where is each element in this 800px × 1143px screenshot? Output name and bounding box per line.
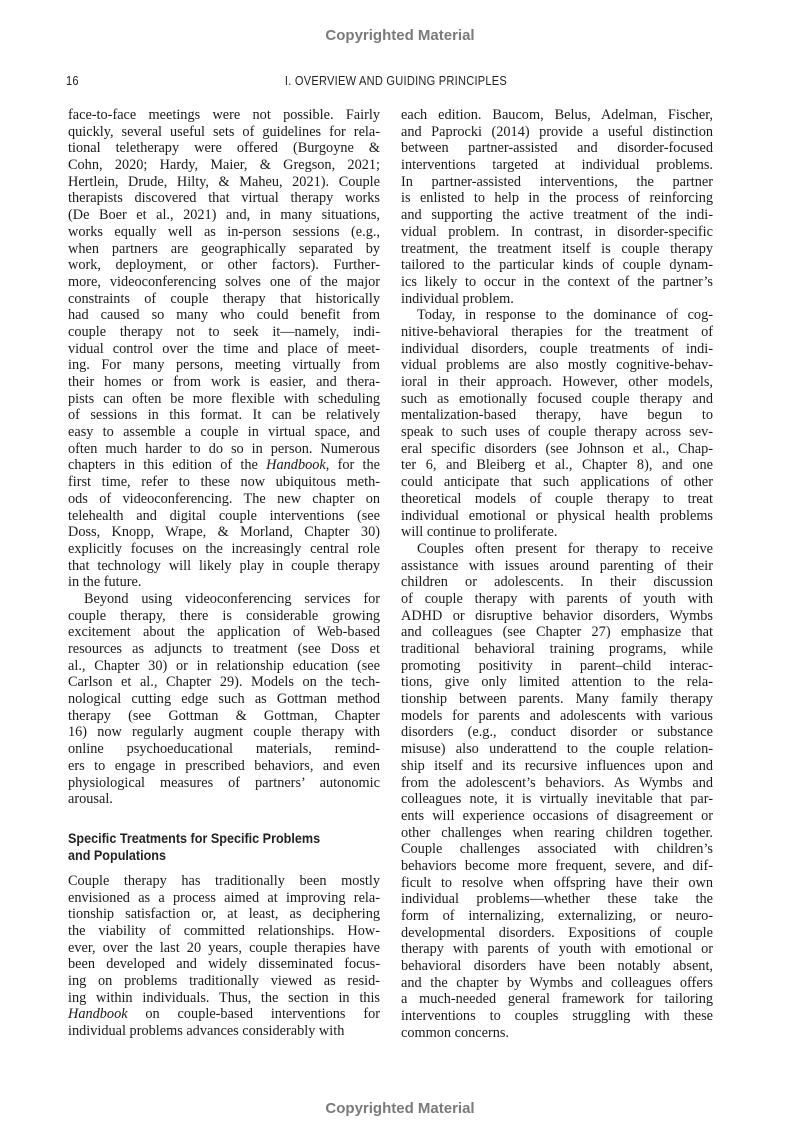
paragraph: Couples often present for therapy to rec… <box>401 541 713 1042</box>
left-column: face-to-face meetings were not possible.… <box>68 107 380 1040</box>
text-line: Today, in response to the dominance of c… <box>401 307 713 324</box>
text-line: had caused so many who could benefit fro… <box>68 307 380 324</box>
text-line: models for parents and adolescents with … <box>401 708 713 725</box>
text-line: between partner-assisted and disorder-fo… <box>401 140 713 157</box>
text-line: therapy (see Gottman & Gottman, Chapter <box>68 708 380 725</box>
text-line: theoretical models of couple therapy to … <box>401 491 713 508</box>
text-line: ing. For many persons, meeting virtually… <box>68 357 380 374</box>
text-line: vidual problems are also mostly cognitiv… <box>401 357 713 374</box>
text-line: individual emotional or physical health … <box>401 508 713 525</box>
text-line: will continue to proliferate. <box>401 524 713 541</box>
text-line: therapy with parents of youth with emoti… <box>401 941 713 958</box>
text-line: ents will experience occasions of disagr… <box>401 808 713 825</box>
text-line: the viability of committed relationships… <box>68 923 380 940</box>
text-line: developmental disorders. Expositions of … <box>401 925 713 942</box>
text-line: in the future. <box>68 574 380 591</box>
text-line: when partners are geographically separat… <box>68 241 380 258</box>
text-line: could anticipate that such applications … <box>401 474 713 491</box>
text-line: Couple challenges associated with childr… <box>401 841 713 858</box>
text-line: interventions to couples struggling with… <box>401 1008 713 1025</box>
text-line: ing on problems traditionally viewed as … <box>68 973 380 990</box>
text-line: colleagues note, it is virtually inevita… <box>401 791 713 808</box>
text-line: from the adolescent’s behaviors. As Wymb… <box>401 775 713 792</box>
text-line: Cohn, 2020; Hardy, Maier, & Gregson, 202… <box>68 157 380 174</box>
text-line: vidual control over the time and place o… <box>68 341 380 358</box>
text-line: individual disorders, couple treatments … <box>401 341 713 358</box>
text-line: of sessions in this format. It can be re… <box>68 407 380 424</box>
text-line: Carlson et al., Chapter 29). Models on t… <box>68 674 380 691</box>
text-line: envisioned as a process aimed at improvi… <box>68 890 380 907</box>
text-line: couple therapy, there is considerable gr… <box>68 608 380 625</box>
text-line: tionship satisfaction or, at least, as d… <box>68 906 380 923</box>
text-line: constraints of couple therapy that histo… <box>68 291 380 308</box>
text-line: nitive-behavioral therapies for the trea… <box>401 324 713 341</box>
text-line: therapists discovered that virtual thera… <box>68 190 380 207</box>
text-line: (De Boer et al., 2021) and, in many situ… <box>68 207 380 224</box>
text-line: behaviors become more frequent, severe, … <box>401 858 713 875</box>
text-line: individual problem. <box>401 291 713 308</box>
section-heading: Specific Treatments for Specific Problem… <box>68 830 349 864</box>
text-line: Beyond using videoconferencing services … <box>68 591 380 608</box>
text-line: tionship between parents. Many family th… <box>401 691 713 708</box>
text-line: pists can often be more flexible with sc… <box>68 391 380 408</box>
text-line: In partner-assisted interventions, the p… <box>401 174 713 191</box>
running-head: 16 I. OVERVIEW AND GUIDING PRINCIPLES <box>66 73 726 91</box>
text-line: Hertlein, Drude, Hilty, & Maheu, 2021). … <box>68 174 380 191</box>
text-line: 16) now regularly augment couple therapy… <box>68 724 380 741</box>
text-line: ship itself and its recursive influences… <box>401 758 713 775</box>
paragraph: face-to-face meetings were not possible.… <box>68 107 380 591</box>
text-line: resources as adjuncts to treatment (see … <box>68 641 380 658</box>
text-line: chapters in this edition of the Handbook… <box>68 457 380 474</box>
text-line: ficult to resolve when offspring have th… <box>401 875 713 892</box>
text-line: individual problems advances considerabl… <box>68 1023 380 1040</box>
text-line: their homes or from work is easier, and … <box>68 374 380 391</box>
text-line: ioral in their approach. However, other … <box>401 374 713 391</box>
text-line: that technology will likely play in coup… <box>68 558 380 575</box>
text-line: ers to engage in prescribed behaviors, a… <box>68 758 380 775</box>
text-line: promoting positivity in parent–child int… <box>401 658 713 675</box>
text-line: eral specific disorders (see Johnson et … <box>401 441 713 458</box>
text-line: online psychoeducational materials, remi… <box>68 741 380 758</box>
copyright-watermark-bottom: Copyrighted Material <box>0 1100 800 1117</box>
text-line: and the chapter by Wymbs and colleagues … <box>401 975 713 992</box>
text-line: is enlisted to help in the process of re… <box>401 190 713 207</box>
text-line: behavioral disorders have been notably a… <box>401 958 713 975</box>
text-line: traditional behavioral training programs… <box>401 641 713 658</box>
paragraph: Today, in response to the dominance of c… <box>401 307 713 541</box>
text-line: more, videoconferencing solves one of th… <box>68 274 380 291</box>
text-line: first time, refer to these now ubiquitou… <box>68 474 380 491</box>
text-line: each edition. Baucom, Belus, Adelman, Fi… <box>401 107 713 124</box>
text-line: easy to assemble a couple in virtual spa… <box>68 424 380 441</box>
text-line: such as emotionally focused couple thera… <box>401 391 713 408</box>
text-line: common concerns. <box>401 1025 713 1042</box>
section-heading-line: Specific Treatments for Specific Problem… <box>68 830 349 847</box>
text-line: ods of videoconferencing. The new chapte… <box>68 491 380 508</box>
paragraph: Couple therapy has traditionally been mo… <box>68 873 380 1040</box>
text-line: of couple therapy with parents of youth … <box>401 591 713 608</box>
text-line: and supporting the active treatment of t… <box>401 207 713 224</box>
text-line: al., Chapter 30) or in relationship educ… <box>68 658 380 675</box>
text-line: individual problems—whether these take t… <box>401 891 713 908</box>
text-line: tions, give only limited attention to th… <box>401 674 713 691</box>
text-line: misuse) also underattend to the couple r… <box>401 741 713 758</box>
text-line: excitement about the application of Web-… <box>68 624 380 641</box>
text-line: works equally well as in-person sessions… <box>68 224 380 241</box>
text-line: Doss, Knopp, Wrape, & Morland, Chapter 3… <box>68 524 380 541</box>
text-line: treatment, the treatment itself is coupl… <box>401 241 713 258</box>
text-line: children or adolescents. In their discus… <box>401 574 713 591</box>
text-line: other challenges when rearing children t… <box>401 825 713 842</box>
text-line: form of internalizing, externalizing, or… <box>401 908 713 925</box>
paragraph: each edition. Baucom, Belus, Adelman, Fi… <box>401 107 713 307</box>
text-line: nological cutting edge such as Gottman m… <box>68 691 380 708</box>
text-line: ever, over the last 20 years, couple the… <box>68 940 380 957</box>
text-line: Couples often present for therapy to rec… <box>401 541 713 558</box>
text-line: mentalization-based therapy, have begun … <box>401 407 713 424</box>
text-line: tional teletherapy were offered (Burgoyn… <box>68 140 380 157</box>
paragraph: Beyond using videoconferencing services … <box>68 591 380 808</box>
text-line: ics likely to occur in the context of th… <box>401 274 713 291</box>
text-line: arousal. <box>68 791 380 808</box>
text-line: tailored to the particular kinds of coup… <box>401 257 713 274</box>
text-line: ing within individuals. Thus, the sectio… <box>68 990 380 1007</box>
text-line: telehealth and digital couple interventi… <box>68 508 380 525</box>
text-line: ADHD or disruptive behavior disorders, W… <box>401 608 713 625</box>
text-line: Handbook on couple-based interventions f… <box>68 1006 380 1023</box>
section-title: I. OVERVIEW AND GUIDING PRINCIPLES <box>116 73 677 88</box>
text-line: assistance with issues around parenting … <box>401 558 713 575</box>
right-column: each edition. Baucom, Belus, Adelman, Fi… <box>401 107 713 1042</box>
text-line: quickly, several useful sets of guidelin… <box>68 124 380 141</box>
text-line: and Paprocki (2014) provide a useful dis… <box>401 124 713 141</box>
copyright-watermark-top: Copyrighted Material <box>0 27 800 44</box>
text-line: couple therapy not to seek it—namely, in… <box>68 324 380 341</box>
text-line: been developed and widely disseminated f… <box>68 956 380 973</box>
text-line: explicitly focuses on the increasingly c… <box>68 541 380 558</box>
text-line: speak to such uses of couple therapy acr… <box>401 424 713 441</box>
text-line: physiological measures of partners’ auto… <box>68 775 380 792</box>
text-line: and colleagues (see Chapter 27) emphasiz… <box>401 624 713 641</box>
text-line: Couple therapy has traditionally been mo… <box>68 873 380 890</box>
text-line: ter 6, and Bleiberg et al., Chapter 8), … <box>401 457 713 474</box>
text-line: work, deployment, or other factors). Fur… <box>68 257 380 274</box>
text-line: vidual problem. In contrast, in disorder… <box>401 224 713 241</box>
text-line: a much-needed general framework for tail… <box>401 991 713 1008</box>
text-line: disorders (e.g., conduct disorder or sub… <box>401 724 713 741</box>
page-number: 16 <box>66 73 79 88</box>
text-line: face-to-face meetings were not possible.… <box>68 107 380 124</box>
section-heading-line: and Populations <box>68 847 349 864</box>
text-line: interventions targeted at individual pro… <box>401 157 713 174</box>
text-line: often much harder to do so in person. Nu… <box>68 441 380 458</box>
